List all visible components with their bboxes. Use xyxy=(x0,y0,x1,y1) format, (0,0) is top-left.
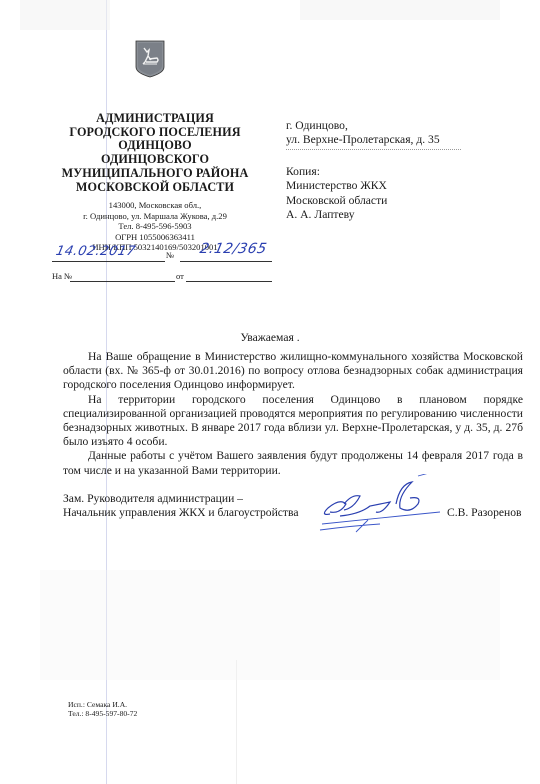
signatory-title-line: Начальник управления ЖКХ и благоустройст… xyxy=(63,506,323,520)
copy-block: Копия: Министерство ЖКХ Московской облас… xyxy=(286,165,526,222)
addressee-street: ул. Верхне-Пролетарская, д. 35 xyxy=(286,133,526,147)
contact-address: 143000, Московская обл., xyxy=(60,200,250,211)
body-paragraph: Данные работы с учётом Вашего заявления … xyxy=(63,449,523,477)
redacted-name-line xyxy=(286,148,461,150)
number-label: № xyxy=(166,250,174,260)
scan-bleed xyxy=(20,0,110,30)
org-line: АДМИНИСТРАЦИЯ xyxy=(40,112,270,126)
copy-ministry: Министерство ЖКХ xyxy=(286,179,526,193)
contact-phone: Тел. 8-495-596-5903 xyxy=(60,221,250,232)
addressee-block: г. Одинцово, ул. Верхне-Пролетарская, д.… xyxy=(286,119,526,148)
org-line: МОСКОВСКОЙ ОБЛАСТИ xyxy=(40,181,270,195)
org-line: МУНИЦИПАЛЬНОГО РАЙОНА xyxy=(40,167,270,181)
org-line: ОДИНЦОВО xyxy=(40,139,270,153)
contact-street: г. Одинцово, ул. Маршала Жукова, д.29 xyxy=(60,211,250,222)
scan-bleed xyxy=(300,0,500,20)
body-paragraph: На Ваше обращение в Министерство жилищно… xyxy=(63,350,523,393)
org-line: ГОРОДСКОГО ПОСЕЛЕНИЯ xyxy=(40,126,270,140)
organization-name: АДМИНИСТРАЦИЯ ГОРОДСКОГО ПОСЕЛЕНИЯ ОДИНЦ… xyxy=(40,112,270,194)
executor-name: Исп.: Семака И.А. xyxy=(68,700,268,709)
scan-bleed xyxy=(40,570,500,680)
executor-info: Исп.: Семака И.А. Тел.: 8-495-597-80-72 xyxy=(68,700,268,719)
addressee-city: г. Одинцово, xyxy=(286,119,526,133)
handwritten-date: 14.02.2017 xyxy=(54,244,137,259)
copy-recipient: А. А. Лаптеву xyxy=(286,208,526,222)
letter-body: На Ваше обращение в Министерство жилищно… xyxy=(63,350,523,478)
handwritten-number: 2.12/365 xyxy=(198,241,268,257)
signatory-title-line: Зам. Руководителя администрации – xyxy=(63,492,323,506)
from-label: от xyxy=(176,271,184,281)
from-line xyxy=(186,271,272,282)
greeting: Уважаемая . xyxy=(0,331,540,344)
body-paragraph: На территории городского поселения Одинц… xyxy=(63,393,523,450)
signatory-name: С.В. Разоренов xyxy=(447,506,521,519)
handwritten-signature-icon xyxy=(300,474,445,544)
copy-region: Московской области xyxy=(286,194,526,208)
odintsovo-coat-of-arms-icon xyxy=(135,40,165,78)
signatory-title: Зам. Руководителя администрации – Началь… xyxy=(63,492,323,520)
org-line: ОДИНЦОВСКОГО xyxy=(40,153,270,167)
reply-to-line xyxy=(70,271,175,282)
executor-phone: Тел.: 8-495-597-80-72 xyxy=(68,709,268,718)
copy-label: Копия: xyxy=(286,165,526,179)
